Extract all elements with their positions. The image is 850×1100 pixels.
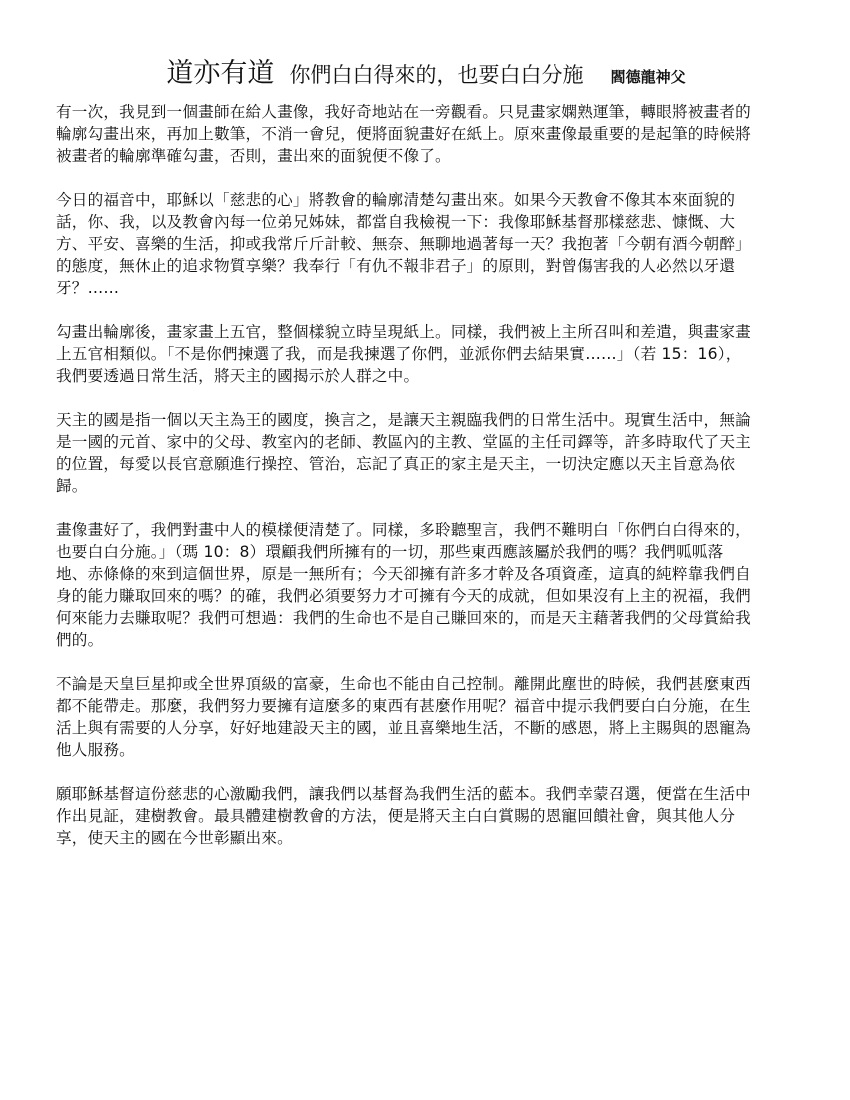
- text-line: 今日的福音中，耶穌以「慈悲的心」將教會的輪廓清楚勾畫出來。如果今天教會不像其本來…: [56, 189, 796, 211]
- paragraph-2: 今日的福音中，耶穌以「慈悲的心」將教會的輪廓清楚勾畫出來。如果今天教會不像其本來…: [56, 189, 796, 299]
- text-line: 天主的國是指一個以天主為王的國度，換言之，是讓天主親臨我們的日常生活中。現實生活…: [56, 409, 796, 431]
- paragraph-5: 畫像畫好了，我們對畫中人的模樣便清楚了。同樣，多聆聽聖言，我們不難明白「你們白白…: [56, 519, 796, 651]
- text-line: 願耶穌基督這份慈悲的心激勵我們，讓我們以基督為我們生活的藍本。我們幸蒙召選，便當…: [56, 783, 796, 805]
- text-line: 的位置，每愛以長官意願進行操控、管治，忘記了真正的家主是天主，一切決定應以天主旨…: [56, 453, 796, 475]
- text-line: 地、赤條條的來到這個世界，原是一無所有；今天卻擁有許多才幹及各項資產，這真的純粹…: [56, 563, 796, 585]
- text-line: 話，你、我，以及教會內每一位弟兄姊妹，都當自我檢視一下：我像耶穌基督那樣慈悲、慷…: [56, 211, 796, 233]
- page-title: 道亦有道: [166, 58, 274, 89]
- text-line: 畫像畫好了，我們對畫中人的模樣便清楚了。同樣，多聆聽聖言，我們不難明白「你們白白…: [56, 519, 796, 541]
- paragraph-7: 願耶穌基督這份慈悲的心激勵我們，讓我們以基督為我們生活的藍本。我們幸蒙召選，便當…: [56, 783, 796, 849]
- text-line: 被畫者的輪廓準確勾畫，否則，畫出來的面貌便不像了。: [56, 145, 796, 167]
- text-line: 們的。: [56, 629, 796, 651]
- text-line: 輪廓勾畫出來，再加上數筆，不消一會兒，便將面貌畫好在紙上。原來畫像最重要的是起筆…: [56, 123, 796, 145]
- text-line: 作出見証，建樹教會。最具體建樹教會的方法，便是將天主白白賞賜的恩寵回饋社會，與其…: [56, 805, 796, 827]
- paragraph-1: 有一次，我見到一個畫師在給人畫像，我好奇地站在一旁觀看。只見畫家嫻熟運筆，轉眼將…: [56, 101, 796, 167]
- author-name: 閻德龍神父: [611, 68, 686, 86]
- text-line: 牙？……: [56, 277, 796, 299]
- paragraph-3: 勾畫出輪廓後，畫家畫上五官，整個樣貌立時呈現紙上。同樣，我們被上主所召叫和差遣，…: [56, 321, 796, 387]
- text-line: 我們要透過日常生活，將天主的國揭示於人群之中。: [56, 365, 796, 387]
- text-line: 的態度，無休止的追求物質享樂？我奉行「有仇不報非君子」的原則，對曾傷害我的人必然…: [56, 255, 796, 277]
- text-line: 都不能帶走。那麼，我們努力要擁有這麼多的東西有甚麼作用呢？福音中提示我們要白白分…: [56, 695, 796, 717]
- page-subtitle: 你們白白得來的，也要白白分施: [289, 63, 583, 87]
- text-line: 方、平安、喜樂的生活，抑或我常斤斤計較、無奈、無聊地過著每一天？我抱著「今朝有酒…: [56, 233, 796, 255]
- title-row: 道亦有道 你們白白得來的，也要白白分施 閻德龍神父: [46, 56, 806, 92]
- text-line: 何來能力去賺取呢？我們可想過：我們的生命也不是自己賺回來的，而是天主藉著我們的父…: [56, 607, 796, 629]
- text-line: 身的能力賺取回來的嗎？的確，我們必須要努力才可擁有今天的成就，但如果沒有上主的祝…: [56, 585, 796, 607]
- paragraph-6: 不論是天皇巨星抑或全世界頂級的富豪，生命也不能由自己控制。離開此塵世的時候，我們…: [56, 673, 796, 761]
- text-line: 也要白白分施。」（瑪 10：8）環顧我們所擁有的一切，那些東西應該屬於我們的嗎？…: [56, 541, 796, 563]
- text-line: 有一次，我見到一個畫師在給人畫像，我好奇地站在一旁觀看。只見畫家嫻熟運筆，轉眼將…: [56, 101, 796, 123]
- text-line: 他人服務。: [56, 739, 796, 761]
- text-line: 是一國的元首、家中的父母、教室內的老師、教區內的主教、堂區的主任司鐸等，許多時取…: [56, 431, 796, 453]
- paragraph-4: 天主的國是指一個以天主為王的國度，換言之，是讓天主親臨我們的日常生活中。現實生活…: [56, 409, 796, 497]
- text-line: 不論是天皇巨星抑或全世界頂級的富豪，生命也不能由自己控制。離開此塵世的時候，我們…: [56, 673, 796, 695]
- text-line: 享，使天主的國在今世彰顯出來。: [56, 827, 796, 849]
- text-line: 活上與有需要的人分享，好好地建設天主的國，並且喜樂地生活，不斷的感恩，將上主賜與…: [56, 717, 796, 739]
- text-line: 歸。: [56, 475, 796, 497]
- document-page: 道亦有道 你們白白得來的，也要白白分施 閻德龍神父 有一次，我見到一個畫師在給人…: [56, 56, 796, 871]
- text-line: 上五官相類似。「不是你們揀選了我，而是我揀選了你們，並派你們去結果實……」（若 …: [56, 343, 796, 365]
- text-line: 勾畫出輪廓後，畫家畫上五官，整個樣貌立時呈現紙上。同樣，我們被上主所召叫和差遣，…: [56, 321, 796, 343]
